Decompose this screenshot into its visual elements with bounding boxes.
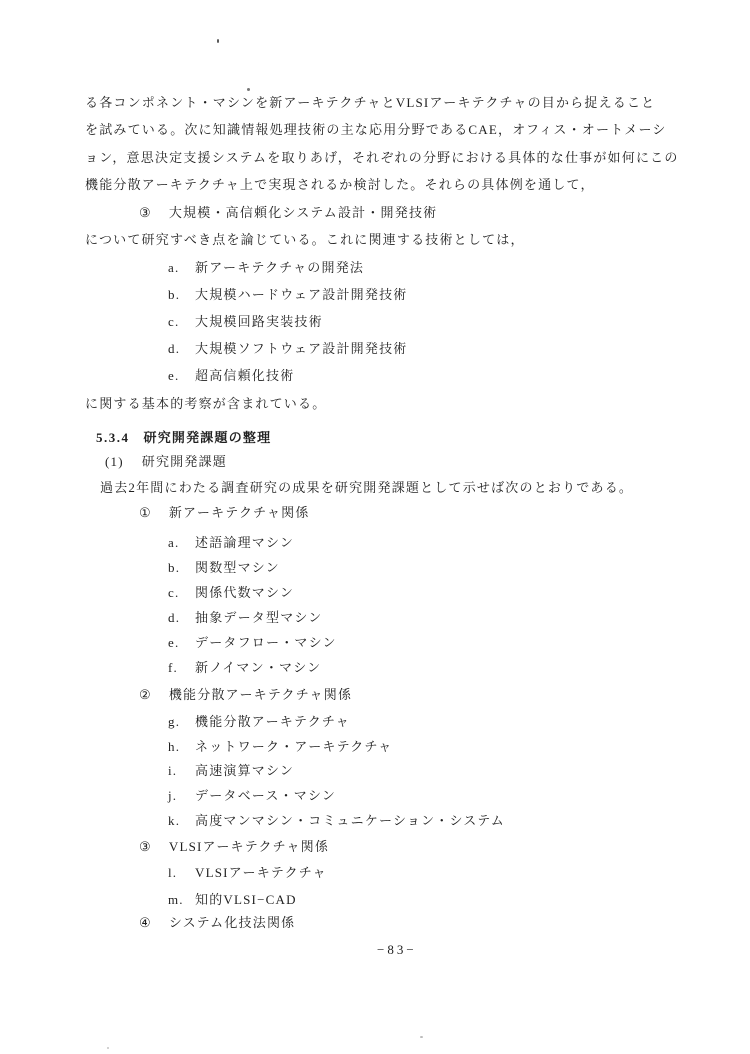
- section-title: 研究開発課題の整理: [144, 430, 272, 445]
- list-item-text: データフロー・マシン: [195, 635, 337, 650]
- letter-marker: b.: [168, 287, 183, 303]
- list-item-text: 関係代数マシン: [195, 585, 294, 600]
- list-item-text: 新アーキテクチャの開発法: [195, 260, 364, 275]
- circled-number-marker: ①: [139, 505, 152, 521]
- list-item: d.抽象データ型マシン: [168, 610, 322, 626]
- list-item-text: VLSIアーキテクチャ: [195, 865, 327, 880]
- letter-marker: l.: [168, 865, 183, 881]
- list-item-text: 知的VLSI−CAD: [195, 892, 297, 907]
- paragraph-line: 過去2年間にわたる調査研究の成果を研究開発課題として示せば次のとおりである。: [100, 480, 633, 496]
- list-item: e.超高信頼化技術: [168, 368, 294, 384]
- paragraph-line: について研究すべき点を論じている。これに関連する技術としては，: [85, 232, 525, 248]
- list-item: h.ネットワーク・アーキテクチャ: [168, 739, 393, 755]
- list-item-text: 機能分散アーキテクチャ: [195, 714, 350, 729]
- circled-number-marker: ③: [139, 205, 152, 221]
- list-item: b.大規模ハードウェア設計開発技術: [168, 287, 407, 303]
- paragraph-line: 機能分散アーキテクチャ上で実現されるか検討した。それらの具体例を通して，: [85, 177, 595, 193]
- list-item-text: データベース・マシン: [195, 788, 336, 803]
- letter-marker: c.: [168, 314, 183, 330]
- list-item: j.データベース・マシン: [168, 788, 336, 804]
- letter-marker: d.: [168, 341, 183, 357]
- letter-marker: f.: [168, 660, 183, 676]
- list-item-text: 抽象データ型マシン: [195, 610, 322, 625]
- letter-marker: k.: [168, 813, 183, 829]
- letter-marker: d.: [168, 610, 183, 626]
- list-item-text: 超高信頼化技術: [195, 368, 294, 383]
- list-item: k.高度マンマシン・コミュニケーション・システム: [168, 813, 505, 829]
- list-item: g.機能分散アーキテクチャ: [168, 714, 350, 730]
- list-item: d.大規模ソフトウェア設計開発技術: [168, 341, 407, 357]
- list-item-text: システム化技法関係: [169, 915, 296, 930]
- section-number: 5.3.4: [96, 430, 130, 446]
- list-item-text: 高度マンマシン・コミュニケーション・システム: [195, 813, 505, 828]
- list-item: l.VLSIアーキテクチャ: [168, 865, 327, 881]
- letter-marker: a.: [168, 260, 183, 276]
- list-item-text: ネットワーク・アーキテクチャ: [195, 739, 393, 754]
- list-item-circled: ②機能分散アーキテクチャ関係: [139, 687, 352, 703]
- list-item: i.高速演算マシン: [168, 763, 294, 779]
- letter-marker: c.: [168, 585, 183, 601]
- list-item-text: VLSIアーキテクチャ関係: [169, 839, 329, 854]
- list-item-circled: ①新アーキテクチャ関係: [139, 505, 310, 521]
- scan-speck: [247, 88, 250, 91]
- letter-marker: m.: [168, 892, 183, 908]
- list-item: c.関係代数マシン: [168, 585, 294, 601]
- scan-speck: [107, 1047, 109, 1049]
- list-item-text: 述語論理マシン: [195, 535, 294, 550]
- list-item-text: 関数型マシン: [195, 560, 280, 575]
- circled-number-marker: ③: [139, 839, 152, 855]
- list-item-text: 新ノイマン・マシン: [195, 660, 321, 675]
- page-number: −83−: [377, 942, 417, 958]
- scan-speck: [420, 1036, 423, 1038]
- circled-number-marker: ④: [139, 915, 152, 931]
- list-item: b.関数型マシン: [168, 560, 280, 576]
- list-item-text: 高速演算マシン: [195, 763, 294, 778]
- letter-marker: h.: [168, 739, 183, 755]
- letter-marker: e.: [168, 635, 183, 651]
- scan-speck: [217, 39, 219, 43]
- paragraph-line: ョン，意思決定支援システムを取りあげ，それぞれの分野における具体的な仕事が如何に…: [85, 150, 679, 166]
- paragraph-line: に関する基本的考察が含まれている。: [85, 396, 326, 412]
- list-item: a.新アーキテクチャの開発法: [168, 260, 364, 276]
- letter-marker: i.: [168, 763, 183, 779]
- list-item: m.知的VLSI−CAD: [168, 892, 297, 908]
- list-item-text: 大規模ソフトウェア設計開発技術: [195, 341, 407, 356]
- section-heading: 5.3.4研究開発課題の整理: [96, 430, 271, 446]
- circled-number-marker: ②: [139, 687, 152, 703]
- subsection-title: 研究開発課題: [142, 454, 227, 469]
- letter-marker: e.: [168, 368, 183, 384]
- list-item: e.データフロー・マシン: [168, 635, 337, 651]
- list-item: c.大規模回路実装技術: [168, 314, 323, 330]
- list-item-text: 機能分散アーキテクチャ関係: [169, 687, 352, 702]
- paragraph-line: る各コンポネント・マシンを新アーキテクチャとVLSIアーキテクチャの目から捉える…: [85, 95, 655, 111]
- subsection-heading: (1)研究開発課題: [105, 454, 227, 470]
- letter-marker: b.: [168, 560, 183, 576]
- list-item-circled: ③大規模・高信頼化システム設計・開発技術: [139, 205, 437, 221]
- list-item-circled: ③VLSIアーキテクチャ関係: [139, 839, 329, 855]
- letter-marker: j.: [168, 788, 183, 804]
- list-item-text: 大規模・高信頼化システム設計・開発技術: [169, 205, 438, 220]
- list-item: f.新ノイマン・マシン: [168, 660, 321, 676]
- subsection-number: (1): [105, 454, 124, 470]
- letter-marker: g.: [168, 714, 183, 730]
- document-page: る各コンポネント・マシンを新アーキテクチャとVLSIアーキテクチャの目から捉える…: [0, 0, 750, 1054]
- list-item-text: 新アーキテクチャ関係: [169, 505, 310, 520]
- list-item-circled: ④システム化技法関係: [139, 915, 295, 931]
- list-item: a.述語論理マシン: [168, 535, 294, 551]
- list-item-text: 大規模ハードウェア設計開発技術: [195, 287, 407, 302]
- paragraph-line: を試みている。次に知識情報処理技術の主な応用分野であるCAE，オフィス・オートメ…: [85, 122, 667, 138]
- letter-marker: a.: [168, 535, 183, 551]
- list-item-text: 大規模回路実装技術: [195, 314, 323, 329]
